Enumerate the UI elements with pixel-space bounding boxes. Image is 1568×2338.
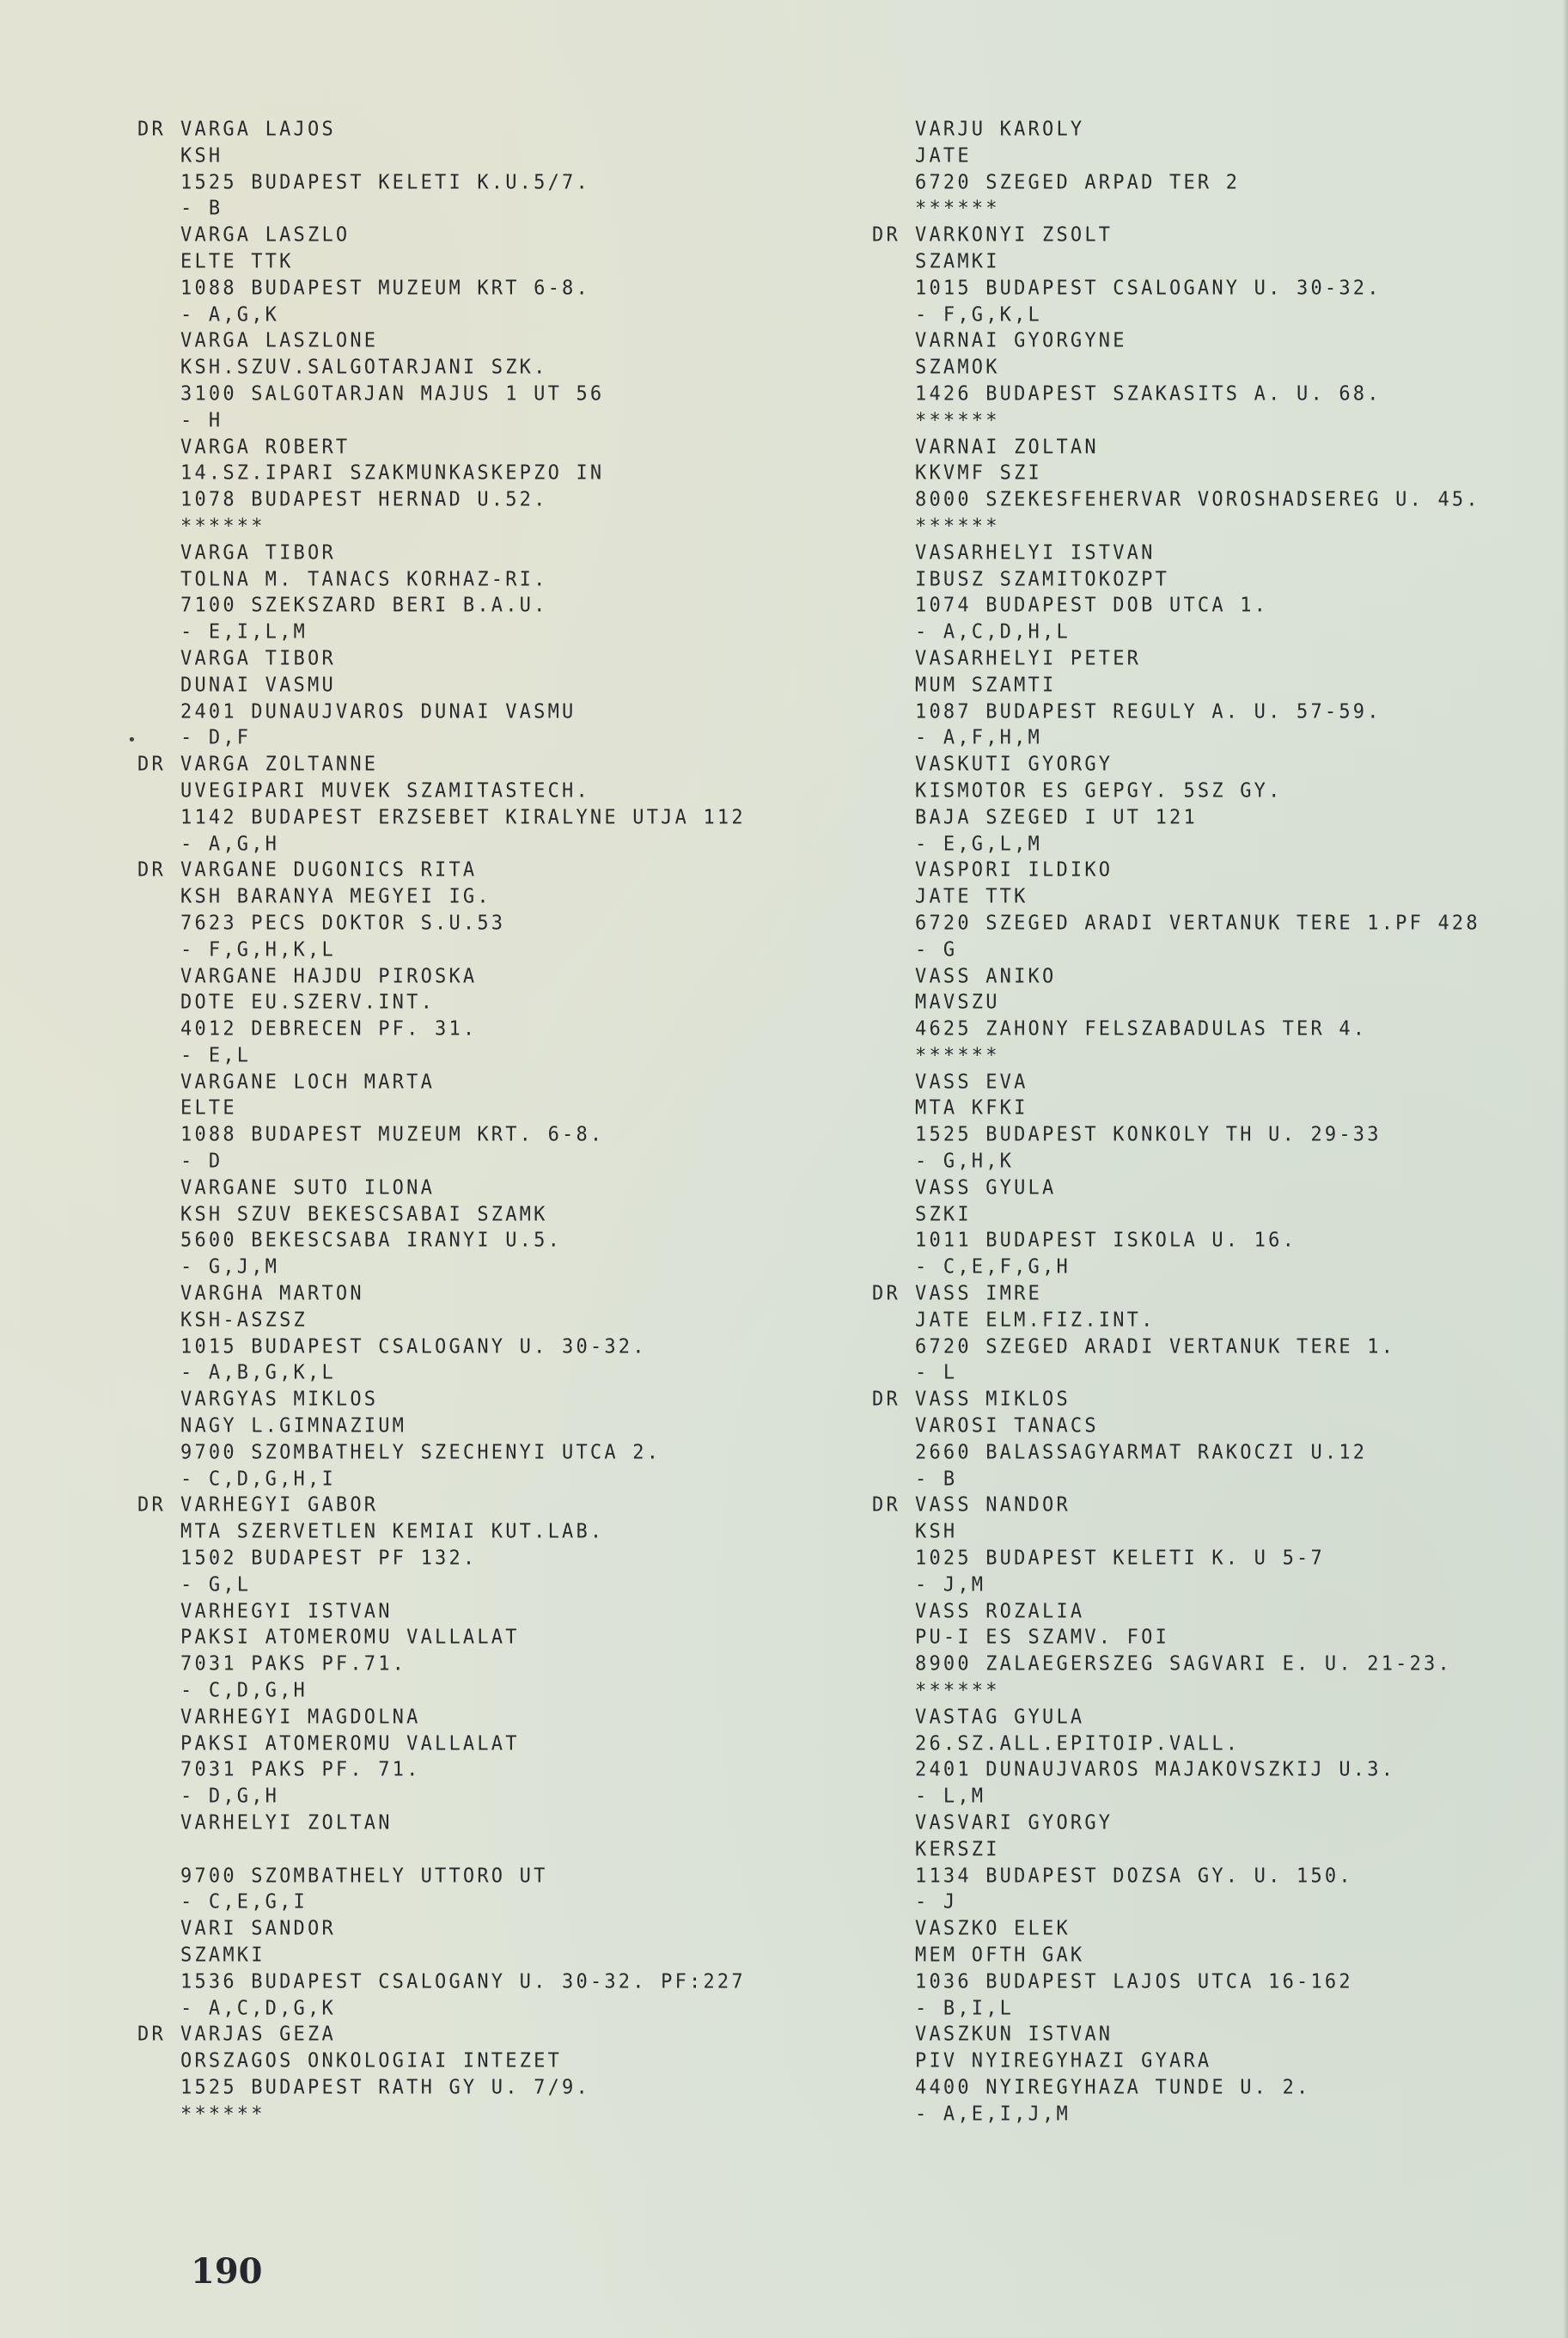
entry-name: VARGANE DUGONICS RITA	[180, 858, 477, 885]
entry-line-text: 14.SZ.IPARI SZAKMUNKASKEPZO IN	[180, 461, 604, 488]
entry-line-text: - C,D,G,H	[180, 1677, 308, 1705]
entry-line-text: - F,G,H,K,L	[180, 937, 336, 964]
entry-line-text: PAKSI ATOMEROMU VALLALAT	[180, 1731, 520, 1758]
entry-title-prefix: DR	[137, 751, 179, 778]
entry-line-text: - L	[915, 1360, 957, 1388]
entry-name: VARHEGYI ISTVAN	[180, 1598, 393, 1626]
entry-line-text: 8000 SZEKESFEHERVAR VOROSHADSEREG U. 45.	[915, 486, 1480, 514]
entry-line-text: KSH-ASZSZ	[180, 1307, 308, 1334]
entry-line-text: 2401 DUNAUJVAROS MAJAKOVSZKIJ U.3.	[915, 1757, 1395, 1785]
entry-line-text: JATE ELM.FIZ.INT.	[915, 1307, 1156, 1334]
entry-name: VARGANE SUTO ILONA	[180, 1175, 435, 1202]
entry-name: VARGA TIBOR	[180, 645, 336, 673]
entry-name: VASS NANDOR	[915, 1493, 1071, 1520]
entry-title-prefix: DR	[137, 2022, 179, 2049]
entry-name: VARHEGYI GABOR	[180, 1493, 378, 1520]
entry-name: VARGYAS MIKLOS	[180, 1386, 378, 1413]
entry-name: VASZKUN ISTVAN	[915, 2022, 1113, 2049]
entry-name: VARGA LASZLO	[180, 222, 350, 249]
entry-name: VARI SANDOR	[180, 1915, 336, 1943]
entry-line-text: 1087 BUDAPEST REGULY A. U. 57-59.	[915, 699, 1382, 726]
entry-title-prefix: DR	[872, 1493, 913, 1520]
entry-line-text: 1502 BUDAPEST PF 132.	[180, 1545, 477, 1572]
entry-name: VARGA ZOLTANNE	[180, 751, 378, 778]
entry-name: VARHELYI ZOLTAN	[180, 1810, 393, 1837]
entry-line-text: ******	[915, 1677, 1000, 1705]
entry-line-text: - C,E,F,G,H	[915, 1254, 1071, 1281]
entry-title-prefix: DR	[872, 222, 913, 249]
entry-name: VARKONYI ZSOLT	[915, 222, 1113, 249]
entry-line-text: 4400 NYIREGYHAZA TUNDE U. 2.	[915, 2074, 1310, 2102]
entry-line-text: JATE TTK	[915, 883, 1028, 911]
entry-name: VASZKO ELEK	[915, 1915, 1071, 1943]
entry-line-text: 1088 BUDAPEST MUZEUM KRT 6-8.	[180, 275, 590, 302]
entry-name: VASTAG GYULA	[915, 1704, 1084, 1731]
entry-line-text: 1074 BUDAPEST DOB UTCA 1.	[915, 593, 1268, 620]
entry-line-text: 26.SZ.ALL.EPITOIP.VALL.	[915, 1731, 1240, 1758]
entry-line-text: MUM SZAMTI	[915, 672, 1056, 699]
entry-line-text: KKVMF SZI	[915, 461, 1042, 488]
entry-line-text: 6720 SZEGED ARADI VERTANUK TERE 1.	[915, 1334, 1395, 1361]
entry-line-text: 8900 ZALAEGERSZEG SAGVARI E. U. 21-23.	[915, 1651, 1452, 1678]
entry-line-text: - E,I,L,M	[180, 619, 308, 646]
entry-line-text: KSH BARANYA MEGYEI IG.	[180, 883, 491, 911]
entry-line-text: SZAMKI	[180, 1942, 265, 1969]
entry-line-text: - L,M	[915, 1783, 985, 1810]
entry-line-text: - F,G,K,L	[915, 302, 1042, 329]
entry-line-text: IBUSZ SZAMITOKOZPT	[915, 566, 1169, 594]
entry-line-text: MEM OFTH GAK	[915, 1942, 1084, 1969]
entry-name: VASARHELYI PETER	[915, 645, 1141, 673]
page-number: 190	[191, 2251, 263, 2292]
entry-line-text: 3100 SALGOTARJAN MAJUS 1 UT 56	[180, 381, 604, 408]
entry-name: VARGA ROBERT	[180, 434, 350, 461]
entry-line-text: 7031 PAKS PF.71.	[180, 1651, 406, 1678]
entry-line-text: 9700 SZOMBATHELY SZECHENYI UTCA 2.	[180, 1439, 661, 1467]
entry-name: VASS EVA	[915, 1069, 1028, 1096]
entry-line-text: 1525 BUDAPEST KELETI K.U.5/7.	[180, 169, 590, 197]
entry-line-text: - J	[915, 1889, 957, 1917]
entry-line-text: 7100 SZEKSZARD BERI B.A.U.	[180, 593, 548, 620]
entry-line-text: JATE	[915, 143, 972, 170]
entry-line-text: 1142 BUDAPEST ERZSEBET KIRALYNE UTJA 112	[180, 804, 746, 832]
entry-line-text: 1011 BUDAPEST ISKOLA U. 16.	[915, 1228, 1296, 1255]
entry-line-text: ******	[915, 1042, 1000, 1070]
entry-line-text: MTA KFKI	[915, 1096, 1028, 1123]
entry-line-text: KSH SZUV BEKESCSABAI SZAMK	[180, 1201, 548, 1229]
entry-line-text: - H	[180, 407, 223, 435]
entry-line-text: - A,E,I,J,M	[915, 2101, 1071, 2128]
entry-line-text: 9700 SZOMBATHELY UTTORO UT	[180, 1863, 548, 1890]
entry-line-text: ELTE	[180, 1096, 237, 1123]
entry-line-text: 6720 SZEGED ARADI VERTANUK TERE 1.PF 428	[915, 910, 1480, 937]
entry-line-text: KSH.SZUV.SALGOTARJANI SZK.	[180, 354, 548, 382]
entry-line-text: - C,D,G,H,I	[180, 1466, 336, 1493]
entry-line-text: 4625 ZAHONY FELSZABADULAS TER 4.	[915, 1016, 1367, 1043]
entry-line-text: ELTE TTK	[180, 248, 294, 276]
entry-line-text: ******	[915, 196, 1000, 223]
entry-line-text: - E,L	[180, 1042, 251, 1070]
entry-title-prefix: DR	[872, 1280, 913, 1308]
entry-line-text: 1036 BUDAPEST LAJOS UTCA 16-162	[915, 1969, 1353, 1996]
entry-line-text: - A,C,D,G,K	[180, 1995, 336, 2023]
entry-name: VASPORI ILDIKO	[915, 858, 1113, 885]
entry-name: VARJAS GEZA	[180, 2022, 336, 2049]
entry-name: VASS IMRE	[915, 1280, 1042, 1308]
entry-name: VARGA LAJOS	[180, 116, 336, 143]
entry-line-text: ******	[915, 407, 1000, 435]
entry-line-text: PU-I ES SZAMV. FOI	[915, 1625, 1169, 1652]
entry-name: VARNAI GYORGYNE	[915, 328, 1127, 356]
entry-line-text: - J,M	[915, 1572, 985, 1599]
page-edge-shadow	[1563, 0, 1568, 2338]
entry-line-text: - A,F,H,M	[915, 725, 1042, 753]
entry-name: VARGANE LOCH MARTA	[180, 1069, 435, 1096]
entry-line-text: TOLNA M. TANACS KORHAZ-RI.	[180, 566, 548, 594]
entry-line-text: 1525 BUDAPEST KONKOLY TH U. 29-33	[915, 1122, 1382, 1150]
entry-line-text: KISMOTOR ES GEPGY. 5SZ GY.	[915, 778, 1283, 805]
entry-title-prefix: DR	[137, 858, 179, 885]
entry-line-text: ******	[180, 2101, 265, 2128]
entry-line-text: 1134 BUDAPEST DOZSA GY. U. 150.	[915, 1863, 1353, 1890]
entry-line-text: 4012 DEBRECEN PF. 31.	[180, 1016, 477, 1043]
entry-line-text: 1426 BUDAPEST SZAKASITS A. U. 68.	[915, 381, 1382, 408]
entry-name: VARGHA MARTON	[180, 1280, 364, 1308]
entry-line-text: - C,E,G,I	[180, 1889, 308, 1917]
entry-line-text: MTA SZERVETLEN KEMIAI KUT.LAB.	[180, 1518, 604, 1546]
entry-name: VASS ANIKO	[915, 963, 1056, 991]
entry-line-text: - D,F	[180, 725, 251, 753]
entry-name: VARNAI ZOLTAN	[915, 434, 1099, 461]
entry-name: VARGANE HAJDU PIROSKA	[180, 963, 477, 991]
entry-name: VASKUTI GYORGY	[915, 751, 1113, 778]
entry-title-prefix: DR	[137, 116, 179, 143]
entry-line-text: ORSZAGOS ONKOLOGIAI INTEZET	[180, 2048, 562, 2075]
entry-line-text: - B	[180, 196, 223, 223]
entry-line-text: PIV NYIREGYHAZI GYARA	[915, 2048, 1211, 2075]
entry-line-text: - D,G,H	[180, 1783, 279, 1810]
entry-title-prefix: DR	[137, 1493, 179, 1520]
entry-line-text: 1078 BUDAPEST HERNAD U.52.	[180, 486, 548, 514]
entry-name: VARGA LASZLONE	[180, 328, 378, 356]
entry-name: VASVARI GYORGY	[915, 1810, 1113, 1837]
entry-name: VASS ROZALIA	[915, 1598, 1084, 1626]
entry-line-text: UVEGIPARI MUVEK SZAMITASTECH.	[180, 778, 590, 805]
entry-line-text: - B,I,L	[915, 1995, 1014, 2023]
entry-line-text: 6720 SZEGED ARPAD TER 2	[915, 169, 1240, 197]
entry-name: VARJU KAROLY	[915, 116, 1084, 143]
entry-line-text: 1015 BUDAPEST CSALOGANY U. 30-32.	[180, 1334, 647, 1361]
margin-mark: •	[127, 731, 137, 749]
entry-line-text: 5600 BEKESCSABA IRANYI U.5.	[180, 1228, 562, 1255]
entry-line-text: - G,J,M	[180, 1254, 279, 1281]
entry-line-text: - G,H,K	[915, 1148, 1014, 1175]
entry-name: VARGA TIBOR	[180, 540, 336, 567]
entry-line-text: - A,G,K	[180, 302, 279, 329]
entry-line-text: - D	[180, 1148, 223, 1175]
entry-line-text: - G	[915, 937, 957, 964]
entry-line-text: NAGY L.GIMNAZIUM	[180, 1413, 406, 1440]
entry-line-text: 1025 BUDAPEST KELETI K. U 5-7	[915, 1545, 1325, 1572]
entry-line-text: 7623 PECS DOKTOR S.U.53	[180, 910, 505, 937]
entry-name: VASARHELYI ISTVAN	[915, 540, 1156, 567]
entry-line-text: 1525 BUDAPEST RATH GY U. 7/9.	[180, 2074, 590, 2102]
entry-line-text: MAVSZU	[915, 990, 1000, 1017]
entry-line-text: SZAMKI	[915, 248, 1000, 276]
entry-line-text: PAKSI ATOMEROMU VALLALAT	[180, 1625, 520, 1652]
entry-name: VARHEGYI MAGDOLNA	[180, 1704, 421, 1731]
entry-line-text: - A,B,G,K,L	[180, 1360, 336, 1388]
entry-line-text: - E,G,L,M	[915, 831, 1042, 858]
entry-line-text: ******	[915, 513, 1000, 540]
entry-line-text: 1536 BUDAPEST CSALOGANY U. 30-32. PF:227	[180, 1969, 746, 1996]
entry-line-text: KSH	[180, 143, 223, 170]
entry-line-text: KSH	[915, 1518, 957, 1546]
entry-line-text: DUNAI VASMU	[180, 672, 336, 699]
entry-line-text: DOTE EU.SZERV.INT.	[180, 990, 435, 1017]
entry-line-text: 2660 BALASSAGYARMAT RAKOCZI U.12	[915, 1439, 1367, 1467]
entry-line-text: 2401 DUNAUJVAROS DUNAI VASMU	[180, 699, 576, 726]
entry-line-text: - A,G,H	[180, 831, 279, 858]
entry-title-prefix: DR	[872, 1386, 913, 1413]
entry-line-text: 1015 BUDAPEST CSALOGANY U. 30-32.	[915, 275, 1382, 302]
entry-line-text: KERSZI	[915, 1836, 1000, 1864]
entry-name: VASS MIKLOS	[915, 1386, 1071, 1413]
entry-line-text: SZKI	[915, 1201, 972, 1229]
entry-line-text: BAJA SZEGED I UT 121	[915, 804, 1198, 832]
entry-name: VASS GYULA	[915, 1175, 1056, 1202]
entry-line-text: - A,C,D,H,L	[915, 619, 1071, 646]
entry-line-text: 7031 PAKS PF. 71.	[180, 1757, 421, 1785]
entry-line-text: - G,L	[180, 1572, 251, 1599]
entry-line-text: ******	[180, 513, 265, 540]
entry-line-text: VAROSI TANACS	[915, 1413, 1099, 1440]
entry-line-text: SZAMOK	[915, 354, 1000, 382]
entry-line-text: - B	[915, 1466, 957, 1493]
entry-line-text: 1088 BUDAPEST MUZEUM KRT. 6-8.	[180, 1122, 604, 1150]
